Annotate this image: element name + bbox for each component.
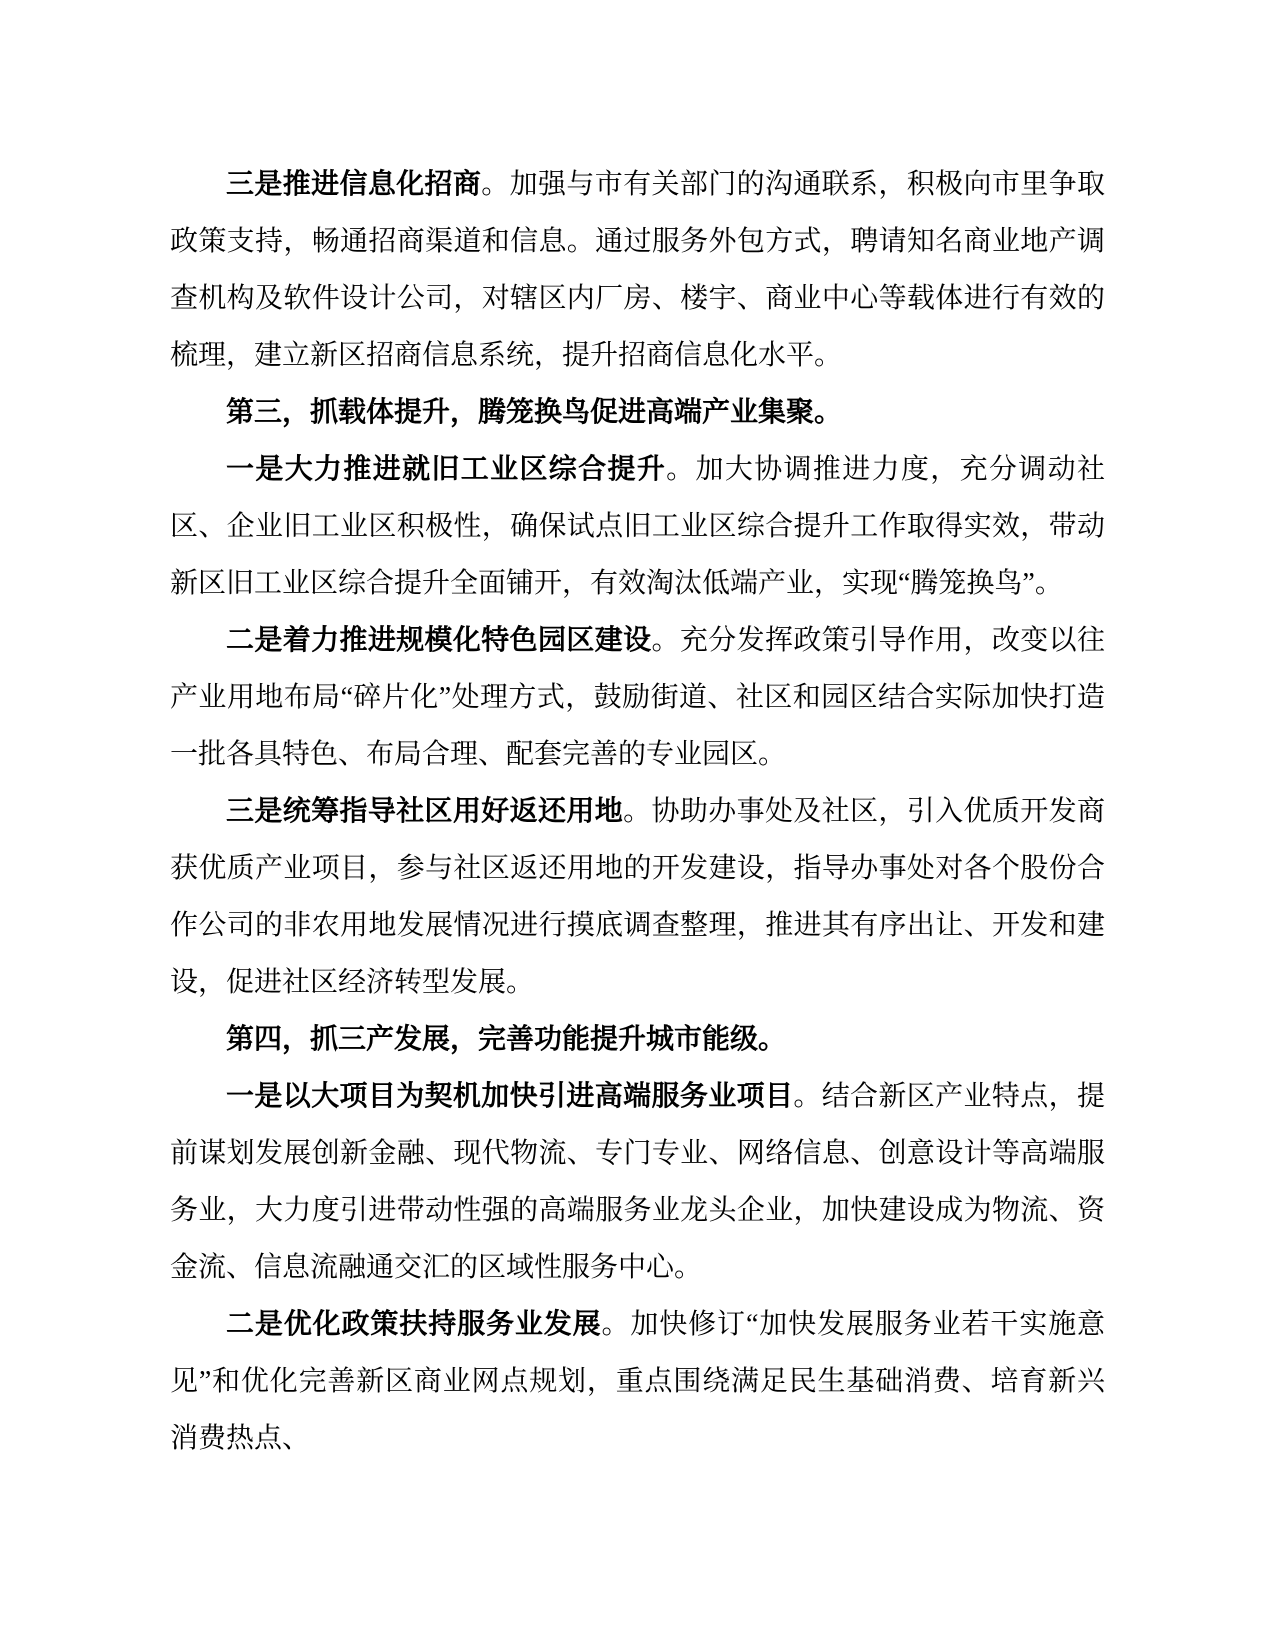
paragraph-lead: 第四，抓三产发展，完善功能提升城市能级。 — [226, 1024, 786, 1055]
paragraph: 三是统筹指导社区用好返还用地。协助办事处及社区，引入优质开发商获优质产业项目，参… — [170, 783, 1105, 1011]
paragraph-lead: 二是优化政策扶持服务业发展 — [226, 1309, 602, 1340]
paragraph: 第三，抓载体提升，腾笼换鸟促进高端产业集聚。 — [170, 384, 1105, 441]
paragraph: 第四，抓三产发展，完善功能提升城市能级。 — [170, 1011, 1105, 1068]
document-body: 三是推进信息化招商。加强与市有关部门的沟通联系，积极向市里争取政策支持，畅通招商… — [170, 156, 1105, 1467]
paragraph: 三是推进信息化招商。加强与市有关部门的沟通联系，积极向市里争取政策支持，畅通招商… — [170, 156, 1105, 384]
paragraph-lead: 第三，抓载体提升，腾笼换鸟促进高端产业集聚。 — [226, 397, 842, 428]
paragraph-lead: 一是以大项目为契机加快引进高端服务业项目 — [226, 1081, 793, 1112]
paragraph: 二是优化政策扶持服务业发展。加快修订“加快发展服务业若干实施意见”和优化完善新区… — [170, 1296, 1105, 1467]
paragraph: 一是大力推进就旧工业区综合提升。加大协调推进力度，充分调动社区、企业旧工业区积极… — [170, 441, 1105, 612]
paragraph-lead: 三是推进信息化招商 — [226, 169, 481, 200]
paragraph: 二是着力推进规模化特色园区建设。充分发挥政策引导作用，改变以往产业用地布局“碎片… — [170, 612, 1105, 783]
paragraph-lead: 二是着力推进规模化特色园区建设 — [226, 625, 652, 656]
paragraph: 一是以大项目为契机加快引进高端服务业项目。结合新区产业特点，提前谋划发展创新金融… — [170, 1068, 1105, 1296]
paragraph-lead: 一是大力推进就旧工业区综合提升 — [226, 454, 666, 485]
paragraph-lead: 三是统筹指导社区用好返还用地 — [226, 796, 623, 827]
document-page: 三是推进信息化招商。加强与市有关部门的沟通联系，积极向市里争取政策支持，畅通招商… — [0, 0, 1275, 1650]
